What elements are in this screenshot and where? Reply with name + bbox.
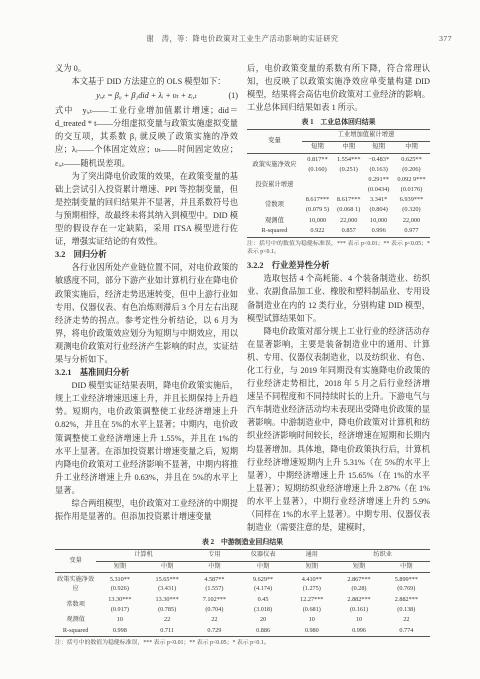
table-cell: (0.320) xyxy=(393,206,430,216)
table-cell: 政策实施净效应 xyxy=(247,153,302,175)
table-cell: 变量 xyxy=(55,550,96,573)
table-cell: 8.617*** xyxy=(333,195,364,206)
table-cell: 13.30*** xyxy=(96,595,143,606)
table-cell: 观测值 xyxy=(247,216,302,227)
paragraph: 式中 yᵢ,ₜ——工业行业增加值累计增速；did＝d_treated * t——… xyxy=(55,104,238,169)
table-cell: 中期 xyxy=(383,561,430,573)
table-cell: 0.886 xyxy=(238,626,288,637)
table-cell: (0.251) xyxy=(333,166,364,176)
table2-title: 表 2 中游制造业回归结果 xyxy=(55,538,430,547)
table-cell: 短期 xyxy=(335,561,382,573)
table-cell: (0.161) xyxy=(335,606,382,616)
two-column-body: 义为 0。 本文基于 DID 方法建立的 OLS 模型如下： yᵢ,ₜ = β₀… xyxy=(55,62,430,534)
table-cell: 0.625** xyxy=(393,153,430,166)
table-cell: (0.926) xyxy=(96,585,143,595)
table-cell: 1.554*** xyxy=(333,153,364,166)
table-cell: 13.30*** xyxy=(144,595,191,606)
table-cell: 22 xyxy=(191,615,238,626)
table-cell: 0.291** xyxy=(364,175,393,186)
table2: 变量计算机专用仪器仪表通用纺织业短期中期中期中期短期短期中期政策实施净效应5.3… xyxy=(55,549,430,637)
table-cell: 常数项 xyxy=(55,595,96,615)
table1-grid: 变量工业增加值累计增速短期中期短期中期政策实施净效应0.817**1.554**… xyxy=(247,129,430,237)
table-cell: 观测值 xyxy=(55,615,96,626)
table-cell: 0.711 xyxy=(144,626,191,637)
table-cell: 10 xyxy=(96,615,143,626)
table-cell: (0.0434) xyxy=(364,186,393,196)
paragraph: DID 模型实证结果表明，降电价政策实施后，规上工业经济增速迅速上升，并且长期保… xyxy=(55,379,238,497)
table-cell: (0.206) xyxy=(393,166,430,176)
equation-number: (1) xyxy=(228,89,238,103)
table-cell: 20 xyxy=(238,615,288,626)
table-cell: 10 xyxy=(288,615,335,626)
table-cell: (0.681) xyxy=(288,606,335,616)
table-cell: 0.774 xyxy=(383,626,430,637)
table-cell: (0.769) xyxy=(383,585,430,595)
paper-page: 谢 涛，等：降电价政策对工业生产活动影响的实证研究 377 义为 0。 本文基于… xyxy=(0,0,480,679)
continued-line: 义为 0。 xyxy=(55,62,238,75)
table-cell: 0.996 xyxy=(364,226,393,237)
table-cell: 专用 xyxy=(191,550,238,562)
table-cell: 2.867*** xyxy=(335,573,382,586)
paragraph: 降电价政策对部分规上工业行业的经济活动存在显著影响，主要是装备制造业中的通用、计… xyxy=(247,325,430,535)
table-cell: (0.917) xyxy=(96,606,143,616)
table-cell: (0.163) xyxy=(364,166,393,176)
table-cell: 10,000 xyxy=(364,216,393,227)
table2-grid: 变量计算机专用仪器仪表通用纺织业短期中期中期中期短期短期中期政策实施净效应5.3… xyxy=(55,549,430,637)
table2-note: 注：括号中的数值为稳健标准误，*** 表示 p<0.01；** 表示 p<0.0… xyxy=(55,639,430,647)
table1-title: 表 1 工业总体回归结果 xyxy=(247,118,430,127)
paragraph: 各行业因所处产业链位置不同，对电价政策的敏感度不同，部分下游产业如计算机行业在降… xyxy=(55,261,238,366)
table-cell xyxy=(333,175,364,186)
table-cell: 0.729 xyxy=(191,626,238,637)
table-cell: 12.27*** xyxy=(288,595,335,606)
table2-block: 表 2 中游制造业回归结果 变量计算机专用仪器仪表通用纺织业短期中期中期中期短期… xyxy=(55,538,430,647)
table-cell: (0.138) xyxy=(383,606,430,616)
right-column: 后，电价政策变量的系数有所下降，符合常理认知，也反映了以政策实施净效应单变量构建… xyxy=(247,62,430,534)
table-cell: 中期 xyxy=(333,141,364,153)
table-cell: (0.785) xyxy=(144,606,191,616)
table-cell: R-squared xyxy=(55,626,96,637)
table-cell: 0.922 xyxy=(302,226,333,237)
table-cell: 4.587** xyxy=(191,573,238,586)
table-cell: 中期 xyxy=(238,561,288,573)
table-cell: (3.431) xyxy=(144,585,191,595)
table-cell: 0.980 xyxy=(288,626,335,637)
paragraph: 综合两组模型，电价政策对工业经济的中期提振作用是显著的。但添加投资累计增速变量 xyxy=(55,497,238,523)
table-cell: 政策实施净效应 xyxy=(55,573,96,595)
table-cell: (3.018) xyxy=(238,606,288,616)
table-cell: 4.410** xyxy=(288,573,335,586)
table-cell: 5.310** xyxy=(96,573,143,586)
paragraph: 后，电价政策变量的系数有所下降，符合常理认知，也反映了以政策实施净效应单变量构建… xyxy=(247,62,430,114)
section-heading-3-2: 3.2 回归分析 xyxy=(55,248,238,261)
table-cell: 5.899*** xyxy=(383,573,430,586)
table-cell: 0.857 xyxy=(333,226,364,237)
table-cell: (0.160) xyxy=(302,166,333,176)
table-cell: 0.996 xyxy=(335,626,382,637)
table-cell: (0.804) xyxy=(364,206,393,216)
table-cell: 0.977 xyxy=(393,226,430,237)
paragraph: 为了突出降电价政策的效果，在政策变量的基础上尝试引入投资累计增速、PPI 等控制… xyxy=(55,170,238,249)
table-cell: 通用 xyxy=(288,550,335,562)
table-cell: (0.28) xyxy=(335,585,382,595)
table-cell: 计算机 xyxy=(96,550,191,562)
table-cell: 变量 xyxy=(247,130,302,153)
section-heading-3-2-2: 3.2.2 行业差异性分析 xyxy=(247,259,430,272)
table-cell: 短期 xyxy=(288,561,335,573)
table-cell: 10,000 xyxy=(302,216,333,227)
table-cell: (0.0176) xyxy=(393,186,430,196)
table-cell: 中期 xyxy=(144,561,191,573)
table-cell: 0.092 9*** xyxy=(393,175,430,186)
table-cell: 10 xyxy=(335,615,382,626)
table-cell: (0.068 1) xyxy=(333,206,364,216)
table-cell: 纺织业 xyxy=(335,550,430,562)
table-cell: 2.882*** xyxy=(383,595,430,606)
table-cell: 8.617*** xyxy=(302,195,333,206)
table-cell: 中期 xyxy=(393,141,430,153)
table1: 变量工业增加值累计增速短期中期短期中期政策实施净效应0.817**1.554**… xyxy=(247,129,430,237)
table-cell: 0.817** xyxy=(302,153,333,166)
table-cell: 9.629** xyxy=(238,573,288,586)
table-cell: R-squared xyxy=(247,226,302,237)
table-cell: 2.882*** xyxy=(335,595,382,606)
equation-body: yᵢ,ₜ = β₀ + β₁did + λᵢ + υₜ + εᵢ,ₜ xyxy=(96,89,197,103)
table-cell: 15.65*** xyxy=(144,573,191,586)
table-cell: 7.102*** xyxy=(191,595,238,606)
ols-equation: yᵢ,ₜ = β₀ + β₁did + λᵢ + υₜ + εᵢ,ₜ (1) xyxy=(55,89,238,103)
left-column: 义为 0。 本文基于 DID 方法建立的 OLS 模型如下： yᵢ,ₜ = β₀… xyxy=(55,62,238,523)
table-cell: 常数项 xyxy=(247,195,302,215)
table-cell: (0.704) xyxy=(191,606,238,616)
table-cell: 短期 xyxy=(96,561,143,573)
paragraph: 本文基于 DID 方法建立的 OLS 模型如下： xyxy=(55,75,238,88)
table-cell: 22 xyxy=(383,615,430,626)
table-cell: 短期 xyxy=(364,141,393,153)
table-cell xyxy=(302,186,333,196)
table-cell: (1.275) xyxy=(288,585,335,595)
page-number: 377 xyxy=(439,34,452,43)
table-cell: 6.939*** xyxy=(393,195,430,206)
table-cell: 22 xyxy=(144,615,191,626)
table-cell: 0.45 xyxy=(238,595,288,606)
running-header: 谢 涛，等：降电价政策对工业生产活动影响的实证研究 377 xyxy=(55,34,430,44)
table-cell: (0.079 5) xyxy=(302,206,333,216)
table-cell: 0.998 xyxy=(96,626,143,637)
table-cell: 22,000 xyxy=(393,216,430,227)
table1-note: 注：括号中的数值为稳健标准误，*** 表示 p<0.01；** 表示 p<0.0… xyxy=(247,240,430,256)
table-cell: 短期 xyxy=(302,141,333,153)
running-title: 谢 涛，等：降电价政策对工业生产活动影响的实证研究 xyxy=(146,35,338,43)
table-cell: (1.557) xyxy=(191,585,238,595)
table-cell xyxy=(333,186,364,196)
table-cell: 中期 xyxy=(191,561,238,573)
section-heading-3-2-1: 3.2.1 基准回归分析 xyxy=(55,366,238,379)
paragraph: 选取包括 4 个高耗能、4 个装备制造业、纺织业、农副食品加工业、橡胶和塑料制品… xyxy=(247,272,430,324)
table-cell: 3.341* xyxy=(364,195,393,206)
table-cell: −0.483* xyxy=(364,153,393,166)
table-cell: (4.174) xyxy=(238,585,288,595)
table-cell xyxy=(302,175,333,186)
table-cell: 投资累计增速 xyxy=(247,175,302,195)
table-cell: 仪器仪表 xyxy=(238,550,288,562)
table-cell: 22,000 xyxy=(333,216,364,227)
table1-block: 表 1 工业总体回归结果 变量工业增加值累计增速短期中期短期中期政策实施净效应0… xyxy=(247,118,430,256)
table-cell: 工业增加值累计增速 xyxy=(302,130,430,142)
